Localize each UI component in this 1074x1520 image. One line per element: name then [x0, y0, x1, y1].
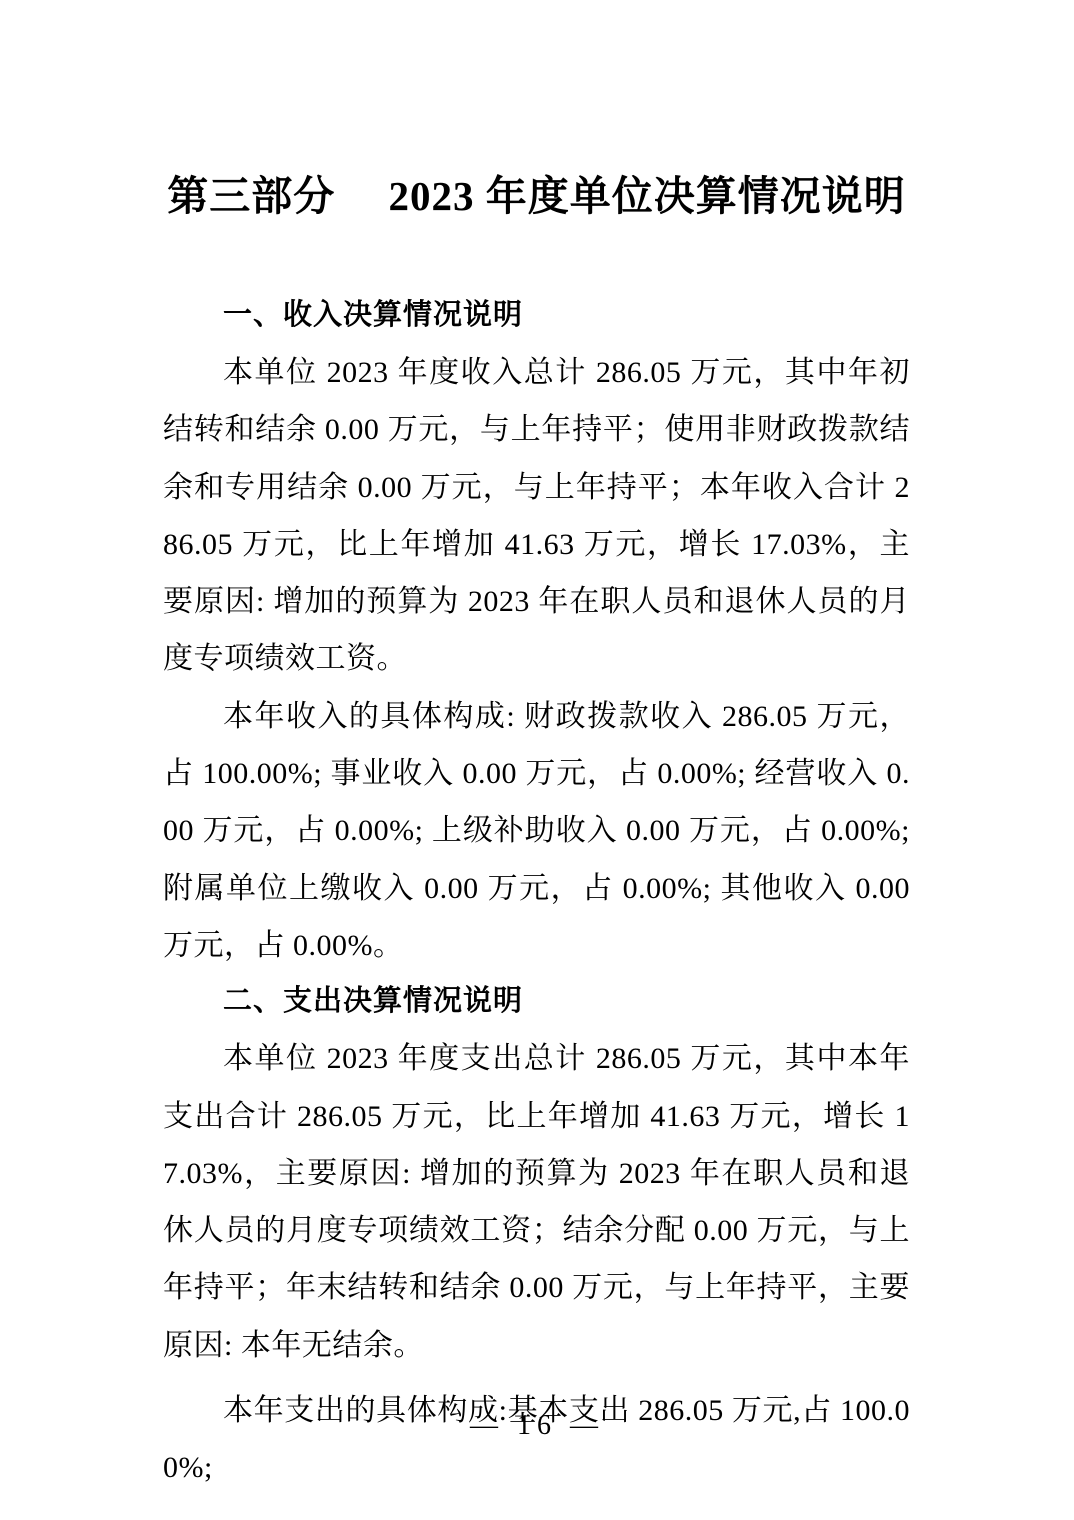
section-heading-expenditure: 二、支出决算情况说明 [163, 980, 910, 1022]
page-number-footer: — 16 — [0, 1406, 1074, 1446]
document-title: 第三部分 2023 年度单位决算情况说明 [163, 168, 910, 224]
section-heading-income: 一、收入决算情况说明 [163, 294, 910, 336]
document-content: 第三部分 2023 年度单位决算情况说明 一、收入决算情况说明 本单位 2023… [163, 0, 910, 1497]
income-composition-paragraph: 本年收入的具体构成: 财政拨款收入 286.05 万元，占 100.00%; 事… [163, 688, 910, 974]
expenditure-summary-paragraph: 本单位 2023 年度支出总计 286.05 万元，其中本年支出合计 286.0… [163, 1030, 910, 1374]
income-summary-paragraph: 本单位 2023 年度收入总计 286.05 万元，其中年初结转和结余 0.00… [163, 344, 910, 688]
document-page: 第三部分 2023 年度单位决算情况说明 一、收入决算情况说明 本单位 2023… [0, 0, 1074, 1520]
